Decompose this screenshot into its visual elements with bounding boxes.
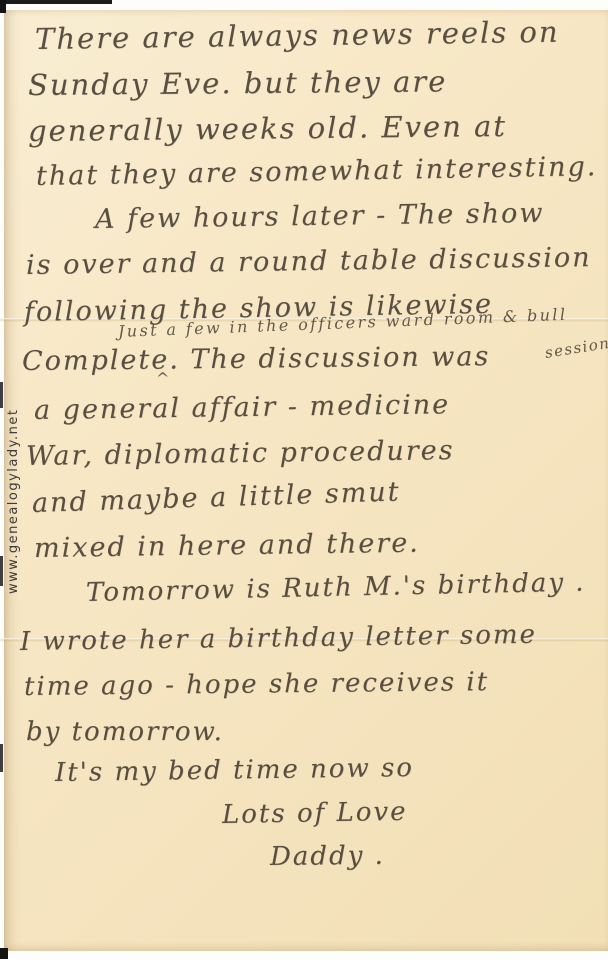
handwritten-signature: Daddy . [270,841,385,872]
scan-edge-mark [0,744,3,772]
scanned-letter-page: www.genealogylady.net There are always n… [0,0,608,960]
handwritten-line: Complete. The discussion was [22,341,491,377]
handwritten-line: War, diplomatic procedures [26,435,455,472]
watermark-url: www.genealogylady.net [6,362,21,594]
scan-edge-mark [0,556,3,586]
handwritten-line: time ago - hope she receives it [24,667,489,702]
scan-edge-strip [0,0,112,4]
scan-edge-mark [0,382,3,408]
handwritten-signoff: Lots of Love [222,797,408,830]
handwritten-line: A few hours later - The show [95,198,545,235]
handwritten-line: mixed in here and there. [34,528,420,564]
scan-edge-mark [0,0,6,13]
handwritten-line: a general affair - medicine [34,389,451,426]
handwritten-line: generally weeks old. Even at [28,109,507,148]
handwritten-line: Sunday Eve. but they are [28,64,448,102]
handwritten-line: by tomorrow. [26,717,224,747]
scan-edge-mark [0,948,8,959]
handwritten-line: It's my bed time now so [55,753,414,788]
